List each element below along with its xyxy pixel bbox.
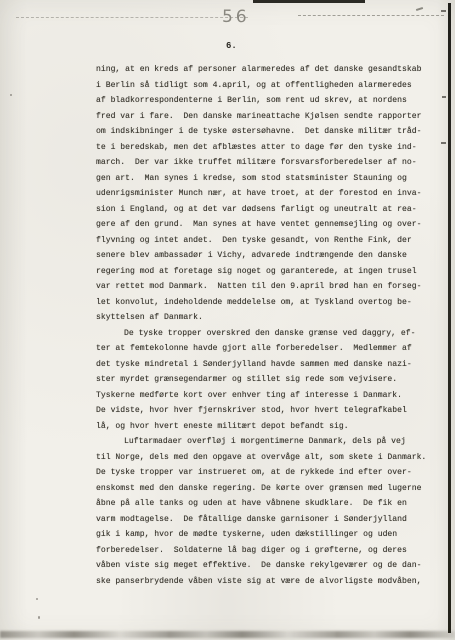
body-text: ning, at en kreds af personer alarmerede… [96, 62, 436, 589]
text-line: let konvolut, indeholdende meddelelse om… [96, 295, 436, 311]
text-line: til Norge, dels med den opgave at overvå… [96, 450, 436, 466]
scan-artifact-edge-tick [441, 142, 446, 144]
text-line: udenrigsminister Munch nær, at have troe… [96, 186, 436, 202]
scanned-page: 56 6. ning, at en kreds af personer alar… [0, 0, 455, 640]
scan-artifact-edge-tick [442, 96, 446, 98]
text-line: forberedelser. Soldaterne lå bag diger o… [96, 543, 436, 559]
text-line: De tyske tropper var instrueret om, at d… [96, 465, 436, 481]
text-line: Tyskerne medførte kort over enhver ting … [96, 388, 436, 404]
scan-artifact-edge-tick [441, 10, 446, 12]
text-line: om indskibninger i de tyske østersøhavne… [96, 124, 436, 140]
scan-artifact-speck [10, 94, 12, 96]
text-line: enskomst med den danske regering. De kør… [96, 481, 436, 497]
text-line: sion i England, og at det var dødsens fa… [96, 202, 436, 218]
text-line: det tyske mindretal i Sønderjylland havd… [96, 357, 436, 373]
text-line: gik i kamp, hvor de mødte tyskerne, uden… [96, 527, 436, 543]
text-line: De vidste, hvor hver fjernskriver stod, … [96, 403, 436, 419]
text-line: flyvning og intet andet. Den tyske gesan… [96, 233, 436, 249]
text-line: gere af den grund. Man synes at have ven… [96, 217, 436, 233]
text-line: Luftarmadaer overfløj i morgentimerne Da… [96, 434, 436, 450]
text-line: ning, at en kreds af personer alarmerede… [96, 62, 436, 78]
text-line: ster myrdet grænsegendarmer og stillet s… [96, 372, 436, 388]
scan-artifact-bottom-smudge [0, 631, 455, 638]
text-line: fred var i fare. Den danske marineattach… [96, 109, 436, 125]
text-line: De tyske tropper overskred den danske gr… [96, 326, 436, 342]
typed-page-number: 6. [226, 41, 237, 51]
handwritten-page-number: 56 [222, 7, 250, 27]
text-line: ske panserbrydende våben viste sig at væ… [96, 574, 436, 590]
text-line: våben viste sig meget effektive. De dans… [96, 558, 436, 574]
text-line: senere blev ambassadør i Vichy, advarede… [96, 248, 436, 264]
text-line: ter at femtekolonne havde gjort alle for… [96, 341, 436, 357]
text-line: regering mod at foretage sig noget og ga… [96, 264, 436, 280]
text-line: åbne på alle tanks og uden at have våbne… [96, 496, 436, 512]
scan-artifact-scratch-line-right [298, 15, 444, 16]
text-line: i Berlin så tidligt som 4.april, og at o… [96, 78, 436, 94]
text-line: skyttelsen af Danmark. [96, 310, 436, 326]
text-line: var rettet mod Danmark. Natten til den 9… [96, 279, 436, 295]
scan-artifact-right-edge-line [448, 3, 451, 633]
text-line: march. Der var ikke truffet militære for… [96, 155, 436, 171]
scan-artifact-corner-mark [416, 7, 423, 11]
text-line: lå, og hvor hvert eneste militært depot … [96, 419, 436, 435]
text-line: af bladkorrespondenterne i Berlin, som r… [96, 93, 436, 109]
scan-artifact-scratch-line-left [16, 17, 248, 18]
scan-artifact-speck [36, 598, 38, 600]
scan-artifact-top-bar [253, 0, 365, 3]
text-line: gen art. Man synes i kredse, som stod st… [96, 171, 436, 187]
scan-artifact-speck [38, 616, 40, 619]
text-line: varm modtagelse. De fåtallige danske gar… [96, 512, 436, 528]
text-line: te i beredskab, men det afblæstes atter … [96, 140, 436, 156]
